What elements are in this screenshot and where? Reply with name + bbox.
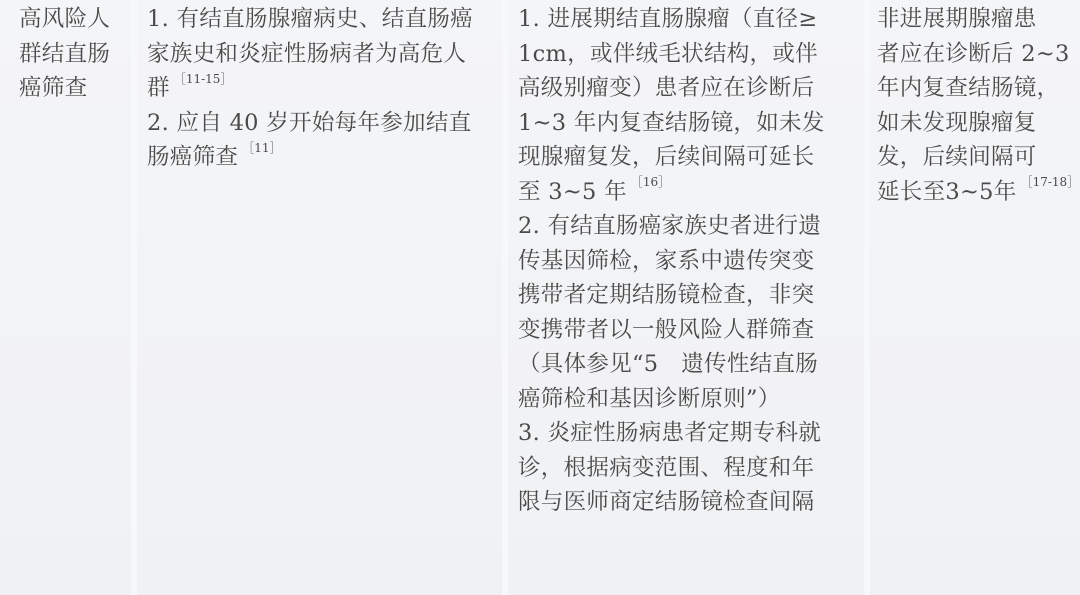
advanced-item2-line: 2. 有结直肠癌家族史者进行遗 <box>518 209 863 244</box>
non-advanced-line: 者应在诊断后 2~3 <box>877 37 1077 72</box>
criteria-item2-text: 肠癌筛查 <box>147 144 238 170</box>
advanced-item1-line: 1cm，或伴绒毛状结构，或伴 <box>518 37 863 72</box>
advanced-item3-line: 诊，根据病变范围、程度和年 <box>518 451 863 486</box>
table-cell-category: 高风险人 群结直肠 癌筛查 <box>19 2 131 106</box>
advanced-item2-line: 癌筛检和基因诊断原则”） <box>518 382 863 417</box>
table-cell-non-advanced-adenoma: 非进展期腺瘤患 者应在诊断后 2~3 年内复查结肠镜， 如未发现腺瘤复 发，后续… <box>877 2 1077 209</box>
advanced-item3-line: 限与医师商定结肠镜检查间隔 <box>518 485 863 520</box>
non-advanced-line: 如未发现腺瘤复 <box>877 106 1077 141</box>
non-advanced-line: 年内复查结肠镜， <box>877 71 1077 106</box>
advanced-item1-text: 至 3~5 年 <box>518 179 627 205</box>
criteria-item1-text: 群 <box>147 75 170 101</box>
advanced-item2-line: （具体参见“5 遗传性结直肠 <box>518 347 863 382</box>
table-cell-screening-criteria: 1. 有结直肠腺瘤病史、结直肠癌 家族史和炎症性肠病者为高危人 群［11-15］… <box>147 2 497 175</box>
reference-citation: ［11-15］ <box>174 72 233 86</box>
advanced-item2-line: 传基因筛检，家系中遗传突变 <box>518 244 863 279</box>
non-advanced-line: 延长至3~5年［17-18］ <box>877 175 1077 210</box>
non-advanced-line: 发，后续间隔可 <box>877 140 1077 175</box>
advanced-item1-line: 1~3 年内复查结肠镜，如未发 <box>518 106 863 141</box>
table-cell-advanced-adenoma: 1. 进展期结直肠腺瘤（直径≥ 1cm，或伴绒毛状结构，或伴 高级别瘤变）患者应… <box>518 2 863 520</box>
criteria-item1-line: 1. 有结直肠腺瘤病史、结直肠癌 <box>147 2 497 37</box>
criteria-item2-line: 肠癌筛查［11］ <box>147 140 497 175</box>
advanced-item1-line: 至 3~5 年［16］ <box>518 175 863 210</box>
advanced-item1-line: 现腺瘤复发，后续间隔可延长 <box>518 140 863 175</box>
criteria-item2-line: 2. 应自 40 岁开始每年参加结直 <box>147 106 497 141</box>
reference-citation: ［16］ <box>631 175 670 189</box>
reference-citation: ［17-18］ <box>1021 175 1080 189</box>
column-divider <box>502 0 508 595</box>
column-divider <box>864 0 870 595</box>
category-line: 群结直肠 <box>19 37 131 72</box>
advanced-item1-line: 1. 进展期结直肠腺瘤（直径≥ <box>518 2 863 37</box>
non-advanced-line: 非进展期腺瘤患 <box>877 2 1077 37</box>
advanced-item2-line: 变携带者以一般风险人群筛查 <box>518 313 863 348</box>
reference-citation: ［11］ <box>242 141 281 155</box>
category-line: 高风险人 <box>19 2 131 37</box>
category-line: 癌筛查 <box>19 71 131 106</box>
advanced-item2-line: 携带者定期结肠镜检查，非突 <box>518 278 863 313</box>
criteria-item1-line: 家族史和炎症性肠病者为高危人 <box>147 37 497 72</box>
advanced-item1-line: 高级别瘤变）患者应在诊断后 <box>518 71 863 106</box>
advanced-item3-line: 3. 炎症性肠病患者定期专科就 <box>518 416 863 451</box>
column-divider <box>131 0 137 595</box>
document-page: 高风险人 群结直肠 癌筛查 1. 有结直肠腺瘤病史、结直肠癌 家族史和炎症性肠病… <box>0 0 1080 595</box>
criteria-item1-line: 群［11-15］ <box>147 71 497 106</box>
non-advanced-text: 延长至3~5年 <box>877 179 1017 205</box>
